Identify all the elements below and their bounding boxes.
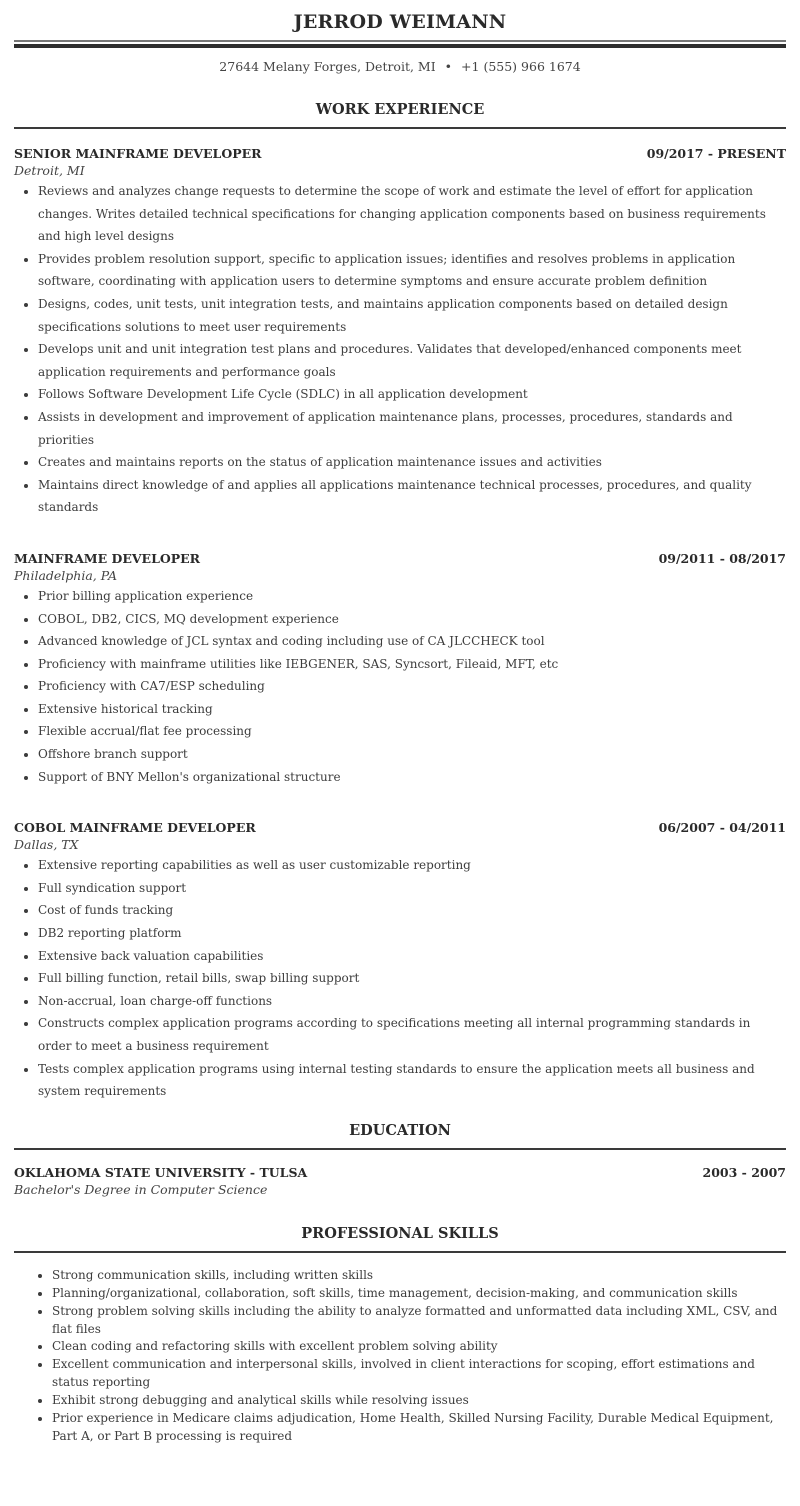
skill-item: Strong problem solving skills including … — [52, 1303, 786, 1339]
list-item: Extensive reporting capabilities as well… — [38, 854, 786, 877]
job-title: SENIOR MAINFRAME DEVELOPER — [14, 146, 262, 162]
job-header: MAINFRAME DEVELOPER09/2011 - 08/2017 — [14, 551, 786, 567]
skill-item: Prior experience in Medicare claims adju… — [52, 1410, 786, 1446]
section-title-work-experience: WORK EXPERIENCE — [14, 100, 786, 120]
job-entry: SENIOR MAINFRAME DEVELOPER09/2017 - PRES… — [14, 146, 786, 519]
list-item: Proficiency with CA7/ESP scheduling — [38, 675, 786, 698]
job-location: Dallas, TX — [14, 836, 786, 854]
job-entry: MAINFRAME DEVELOPER09/2011 - 08/2017Phil… — [14, 551, 786, 788]
list-item: Extensive historical tracking — [38, 698, 786, 721]
candidate-name: JERROD WEIMANN — [14, 0, 786, 40]
job-entry: COBOL MAINFRAME DEVELOPER06/2007 - 04/20… — [14, 820, 786, 1103]
job-dates: 06/2007 - 04/2011 — [659, 820, 786, 836]
contact-line: 27644 Melany Forges, Detroit, MI•+1 (555… — [14, 58, 786, 76]
list-item: Creates and maintains reports on the sta… — [38, 451, 786, 474]
list-item: Offshore branch support — [38, 743, 786, 766]
list-item: Provides problem resolution support, spe… — [38, 248, 786, 293]
job-title: COBOL MAINFRAME DEVELOPER — [14, 820, 256, 836]
job-location: Detroit, MI — [14, 162, 786, 180]
list-item: Proficiency with mainframe utilities lik… — [38, 653, 786, 676]
list-item: Reviews and analyzes change requests to … — [38, 180, 786, 248]
list-item: Extensive back valuation capabilities — [38, 945, 786, 968]
list-item: Assists in development and improvement o… — [38, 406, 786, 451]
list-item: Constructs complex application programs … — [38, 1012, 786, 1057]
education-dates: 2003 - 2007 — [703, 1165, 786, 1181]
list-item: Maintains direct knowledge of and applie… — [38, 474, 786, 519]
list-item: Tests complex application programs using… — [38, 1058, 786, 1103]
list-item: Advanced knowledge of JCL syntax and cod… — [38, 630, 786, 653]
job-header: COBOL MAINFRAME DEVELOPER06/2007 - 04/20… — [14, 820, 786, 836]
list-item: Designs, codes, unit tests, unit integra… — [38, 293, 786, 338]
header-rule-thick — [14, 44, 786, 48]
section-rule — [14, 127, 786, 129]
job-bullets: Extensive reporting capabilities as well… — [14, 854, 786, 1103]
contact-separator: • — [445, 58, 452, 76]
skills-list: Strong communication skills, including w… — [14, 1267, 786, 1446]
list-item: Cost of funds tracking — [38, 899, 786, 922]
list-item: Prior billing application experience — [38, 585, 786, 608]
skill-item: Clean coding and refactoring skills with… — [52, 1338, 786, 1356]
school-name: OKLAHOMA STATE UNIVERSITY - TULSA — [14, 1165, 307, 1181]
address: 27644 Melany Forges, Detroit, MI — [219, 59, 435, 74]
job-header: SENIOR MAINFRAME DEVELOPER09/2017 - PRES… — [14, 146, 786, 162]
skill-item: Planning/organizational, collaboration, … — [52, 1285, 786, 1303]
education-entry-header: OKLAHOMA STATE UNIVERSITY - TULSA 2003 -… — [14, 1165, 786, 1181]
section-title-skills: PROFESSIONAL SKILLS — [14, 1224, 786, 1244]
list-item: Full billing function, retail bills, swa… — [38, 967, 786, 990]
list-item: Develops unit and unit integration test … — [38, 338, 786, 383]
list-item: Flexible accrual/flat fee processing — [38, 720, 786, 743]
skill-item: Excellent communication and interpersona… — [52, 1356, 786, 1392]
list-item: Follows Software Development Life Cycle … — [38, 383, 786, 406]
phone: +1 (555) 966 1674 — [461, 59, 581, 74]
job-dates: 09/2017 - PRESENT — [647, 146, 786, 162]
job-bullets: Reviews and analyzes change requests to … — [14, 180, 786, 519]
job-dates: 09/2011 - 08/2017 — [659, 551, 786, 567]
job-location: Philadelphia, PA — [14, 567, 786, 585]
job-bullets: Prior billing application experienceCOBO… — [14, 585, 786, 788]
job-title: MAINFRAME DEVELOPER — [14, 551, 200, 567]
list-item: DB2 reporting platform — [38, 922, 786, 945]
jobs-list: SENIOR MAINFRAME DEVELOPER09/2017 - PRES… — [14, 146, 786, 1103]
list-item: COBOL, DB2, CICS, MQ development experie… — [38, 608, 786, 631]
header-rule-thin — [14, 40, 786, 42]
section-title-education: EDUCATION — [14, 1121, 786, 1141]
list-item: Full syndication support — [38, 877, 786, 900]
degree: Bachelor's Degree in Computer Science — [14, 1181, 786, 1199]
resume-page: JERROD WEIMANN 27644 Melany Forges, Detr… — [14, 0, 786, 1446]
skill-item: Exhibit strong debugging and analytical … — [52, 1392, 786, 1410]
list-item: Non-accrual, loan charge-off functions — [38, 990, 786, 1013]
list-item: Support of BNY Mellon's organizational s… — [38, 766, 786, 789]
skill-item: Strong communication skills, including w… — [52, 1267, 786, 1285]
